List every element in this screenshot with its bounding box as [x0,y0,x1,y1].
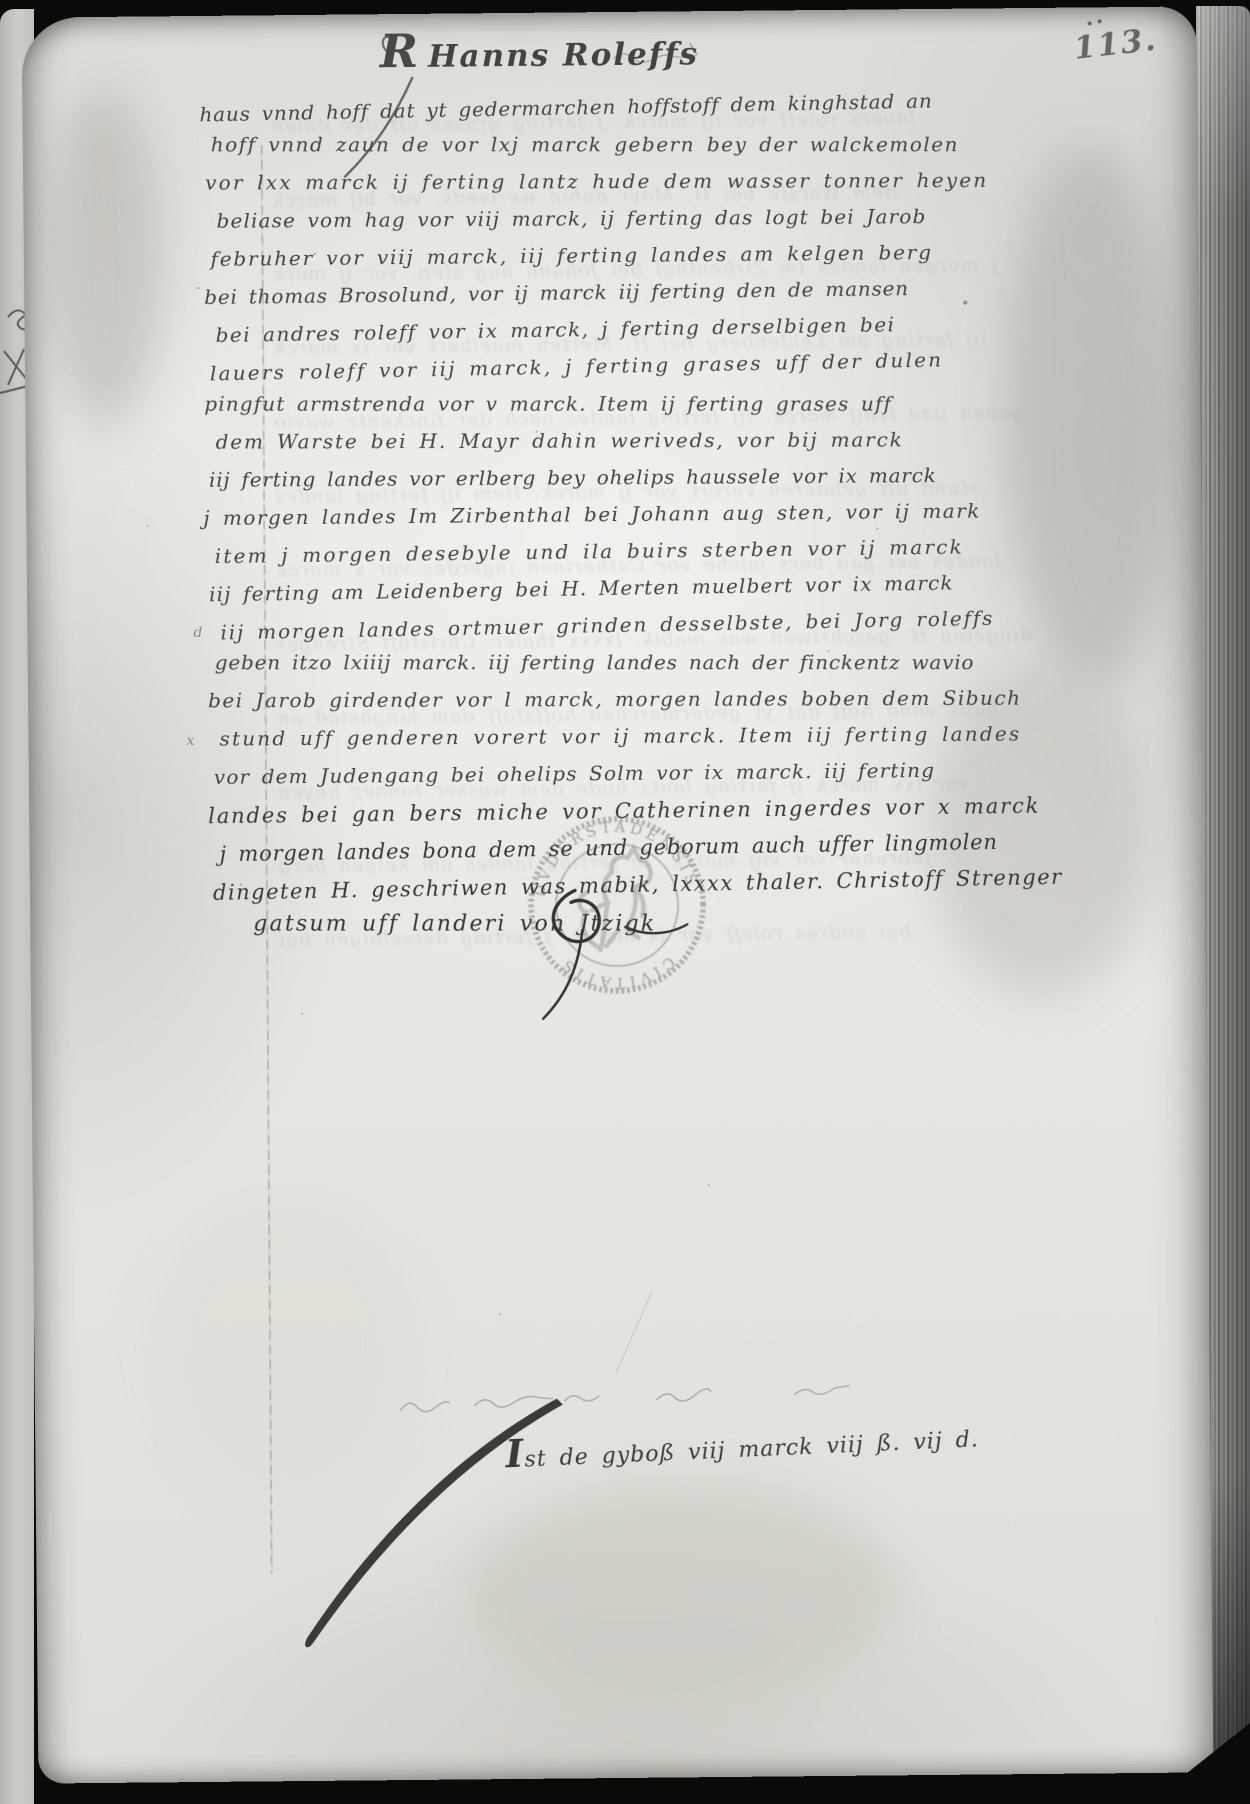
signature-flourish-icon [542,889,688,1018]
scanned-book-page: 113. RHanns Roleffs lauers roleff vor ii… [0,0,1250,1804]
pen-flourishes-overlay [22,6,1214,1783]
manuscript-page: 113. RHanns Roleffs lauers roleff vor ii… [22,6,1214,1783]
pencil-scribble [400,1290,849,1412]
heading-swash-icon [344,34,698,177]
